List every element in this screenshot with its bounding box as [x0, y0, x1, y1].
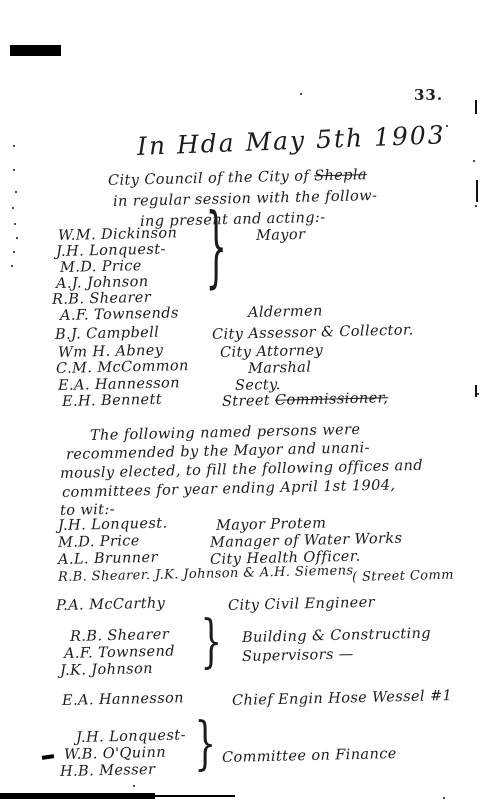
- appointment-name-2: A.L. Brunner: [58, 550, 158, 568]
- building-name-1: A.F. Townsend: [64, 643, 175, 662]
- finance-name-2: H.B. Messer: [60, 762, 156, 780]
- fire-title: Chief Engin Hose Wessel #1: [232, 688, 453, 709]
- finance-name-0: J.H. Lonquest-: [76, 728, 186, 746]
- building-name-0: R.B. Shearer: [70, 627, 169, 645]
- scan-artifact-bottom-bar: [0, 793, 155, 799]
- aldermen-name-4: A.F. Townsends: [60, 305, 179, 324]
- official-title-4-struck: Commissioner,: [275, 390, 389, 409]
- fire-name: E.A. Hannesson: [62, 690, 184, 709]
- finance-brace: }: [195, 712, 217, 778]
- building-label-line-1: Building & Constructing: [242, 626, 431, 646]
- appointment-name-1: M.D. Price: [58, 533, 140, 551]
- appointment-title-3: ( Street Comm: [352, 568, 454, 585]
- aldermen-brace: }: [206, 198, 228, 300]
- appointment-title-0: Mayor Protem: [216, 515, 327, 533]
- dust-speckles: [13, 145, 15, 147]
- appointment-title-4: City Civil Engineer: [228, 595, 375, 614]
- building-label-line-2: Supervisors —: [242, 646, 354, 665]
- page-number: 33.: [414, 86, 443, 104]
- scan-artifact-bottom-line: [150, 795, 235, 797]
- scan-artifact-top-bar: [10, 45, 61, 56]
- building-brace: }: [201, 610, 223, 676]
- aldermen-name-0: J.H. Lonquest-: [56, 242, 166, 260]
- finance-name-1: W.B. O'Quinn: [64, 745, 166, 763]
- opening-line-1: City Council of the City of Shepla: [108, 167, 367, 189]
- meeting-heading: In Hda May 5th 1903: [136, 120, 446, 161]
- right-edge-tick-3: [475, 385, 477, 397]
- official-title-4: Street Commissioner,: [222, 390, 389, 410]
- right-edge-tick-2: [476, 180, 478, 202]
- official-title-0: City Assessor & Collector.: [212, 322, 414, 343]
- resolution-line-4: committees for year ending April 1st 190…: [62, 477, 396, 501]
- mayor-title: Mayor: [256, 227, 306, 244]
- aldermen-label: Aldermen: [248, 303, 323, 321]
- building-name-2: J.K. Johnson: [60, 661, 153, 679]
- right-edge-tick-1: [475, 100, 477, 114]
- appointment-name-4: P.A. McCarthy: [56, 596, 166, 614]
- finance-label: Committee on Finance: [222, 746, 397, 766]
- official-title-1: City Attorney: [220, 343, 324, 361]
- scan-artifact-margin-dash: [42, 754, 54, 760]
- official-name-4: E.H. Bennett: [62, 392, 162, 410]
- official-title-4-prefix: Street: [222, 393, 275, 410]
- official-name-0: B.J. Campbell: [55, 325, 160, 343]
- official-title-2: Marshal: [248, 360, 312, 377]
- opening-line-2: in regular session with the follow-: [113, 188, 378, 210]
- appointment-name-0: J.H. Lonquest.: [58, 516, 168, 534]
- opening-line-1-text: City Council of the City of: [108, 168, 315, 189]
- official-title-3: Secty.: [235, 377, 281, 394]
- appointment-title-1: Manager of Water Works: [210, 531, 403, 551]
- opening-city-name: Shepla: [314, 167, 367, 184]
- official-name-2: C.M. McCommon: [56, 358, 189, 377]
